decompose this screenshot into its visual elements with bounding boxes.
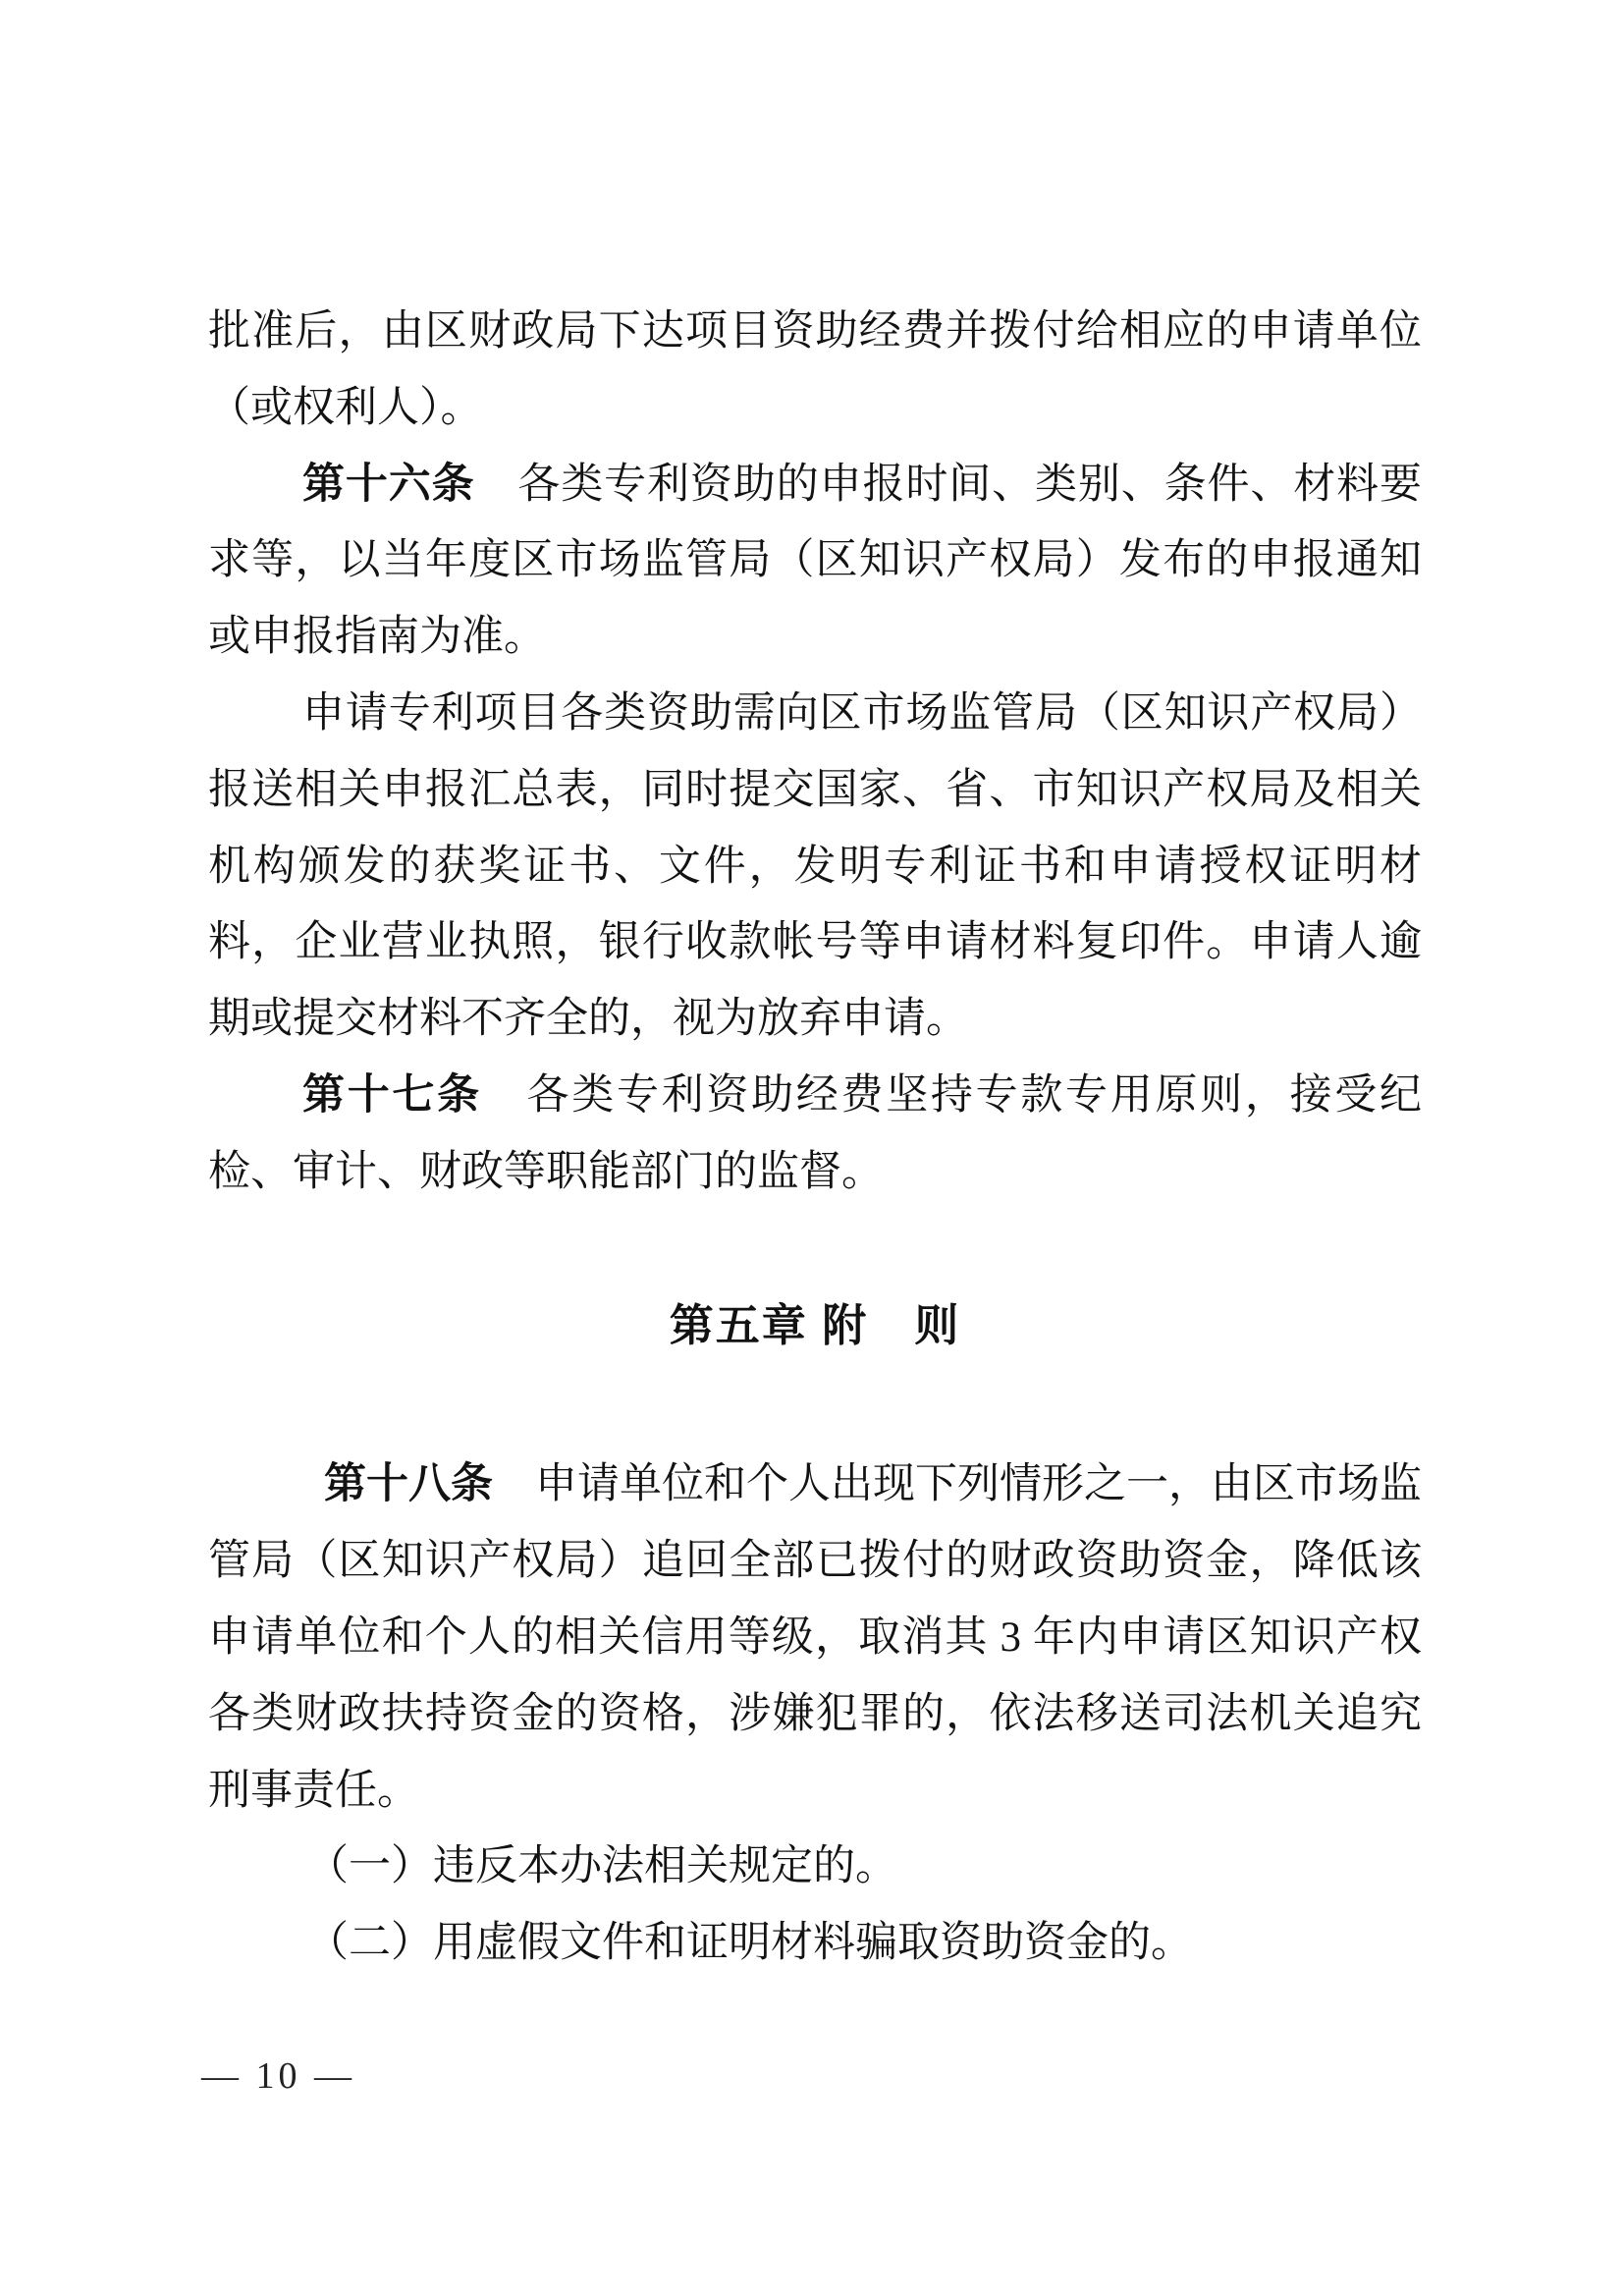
page-number: — 10 — — [201, 2054, 355, 2098]
article-17-number: 第十七条 — [302, 1071, 482, 1119]
paragraph-text: 申请单位和个人出现下列情形之一，由区市场监管局（区知识产权局）追回全部已拨付的财… — [208, 1461, 1422, 1813]
paragraph-text: （二）用虚假文件和证明材料骗取资助资金的。 — [306, 1920, 1193, 1966]
paragraph-text: 批准后，由区财政局下达项目资助经费并拨付给相应的申请单位（或权利人）。 — [208, 308, 1422, 431]
paragraph-continuation: 批准后，由区财政局下达项目资助经费并拨付给相应的申请单位（或权利人）。 — [208, 294, 1422, 447]
paragraph-article-16: 第十六条 各类专利资助的申报时间、类别、条件、材料要求等，以当年度区市场监管局（… — [208, 447, 1422, 676]
document-page: { "colors": { "background": "#ffffff", "… — [0, 0, 1623, 2296]
article-16-number: 第十六条 — [302, 461, 475, 508]
paragraph-text: （一）违反本办法相关规定的。 — [306, 1843, 897, 1889]
paragraph-article-17: 第十七条 各类专利资助经费坚持专款专用原则，接受纪检、审计、财政等职能部门的监督… — [208, 1058, 1422, 1211]
paragraph-article-18: 第十八条 申请单位和个人出现下列情形之一，由区市场监管局（区知识产权局）追回全部… — [208, 1447, 1422, 1829]
paragraph-article-16-supplement: 申请专利项目各类资助需向区市场监管局（区知识产权局）报送相关申报汇总表，同时提交… — [208, 676, 1422, 1058]
paragraph-item-1: （一）违反本办法相关规定的。 — [208, 1829, 1422, 1905]
chapter-5-heading: 第五章 附 则 — [208, 1287, 1422, 1364]
paragraph-text: 申请专利项目各类资助需向区市场监管局（区知识产权局）报送相关申报汇总表，同时提交… — [208, 690, 1422, 1042]
document-body: 批准后，由区财政局下达项目资助经费并拨付给相应的申请单位（或权利人）。 第十六条… — [208, 0, 1422, 1982]
article-18-number: 第十八条 — [324, 1460, 493, 1507]
paragraph-item-2: （二）用虚假文件和证明材料骗取资助资金的。 — [208, 1905, 1422, 1982]
